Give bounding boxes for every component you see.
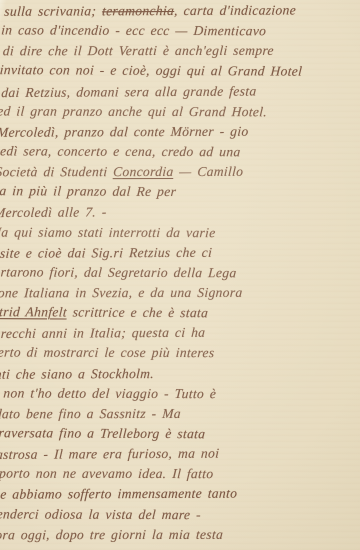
- underlined-phrase: Concordia: [113, 164, 174, 179]
- letter-line: Società di Studenti Concordia — Camillo: [0, 162, 349, 183]
- letter-line: Ancora oggi, dopo tre giorni la mia test…: [0, 524, 327, 545]
- letter-line: visite e cioè dai Sig.ri Retzius che ci: [0, 242, 344, 264]
- letter-line: Mercoledì alle 7. -: [0, 201, 347, 223]
- letter-line: dai Retzius, domani sera alla grande fes…: [1, 80, 354, 102]
- underlined-phrase: Astrid Ahnfelt: [0, 304, 68, 319]
- letter-line: portarono fiori, dal Segretario della Le…: [0, 262, 343, 283]
- letter-line: è che abbiamo sofferto immensamente tant…: [0, 484, 329, 506]
- letter-line: dal porto non ne avevamo idea. Il fatto: [0, 464, 331, 485]
- letter-page: sulla scrivania; teramonchia, carta d'in…: [0, 0, 360, 550]
- letter-line: sulla scrivania; teramonchia, carta d'in…: [4, 0, 359, 22]
- letter-line: vedì sera, concerto e cena, credo ad una: [0, 141, 350, 162]
- letter-line: di dire che il Dott Veratti è anch'egli …: [2, 41, 356, 62]
- letter-line: parecchi anni in Italia; questa ci ha: [0, 322, 339, 344]
- struck-phrase: teramonchia: [102, 3, 175, 18]
- letter-line: Astrid Ahnfelt scrittrice e che è stata: [0, 302, 341, 324]
- letter-line: Mercoledì, pranzo dal conte Mörner - gio: [0, 121, 352, 143]
- letter-line: zione Italiana in Svezia, e da una Signo…: [0, 283, 342, 304]
- letter-line: ha in più il pranzo dal Re per: [0, 181, 348, 203]
- letter-line: in caso d'incendio - ecc ecc — Dimentica…: [1, 21, 358, 42]
- letter-line: santi che siano a Stockholm.: [0, 363, 337, 385]
- letter-line: offerto di mostrarci le cose più interes: [0, 343, 338, 364]
- letter-line: ed il gran pranzo anche qui al Grand Hot…: [0, 101, 353, 122]
- letter-line: Ma non t'ho detto del viaggio - Tutto è: [0, 383, 336, 404]
- letter-line: andato bene fino a Sassnitz - Ma: [0, 404, 334, 425]
- letter-line: invitato con noi - e cioè, oggi qui al G…: [0, 60, 355, 82]
- letter-line: Ma qui siamo stati interrotti da varie: [0, 222, 345, 243]
- letter-body: sulla scrivania; teramonchia, carta d'in…: [0, 1, 359, 545]
- letter-line: la traversata fino a Trelleborg è stata: [0, 423, 333, 445]
- letter-line: da renderci odiosa la vista del mare -: [0, 504, 328, 525]
- letter-line: disastrosa - Il mare era furioso, ma noi: [0, 443, 332, 465]
